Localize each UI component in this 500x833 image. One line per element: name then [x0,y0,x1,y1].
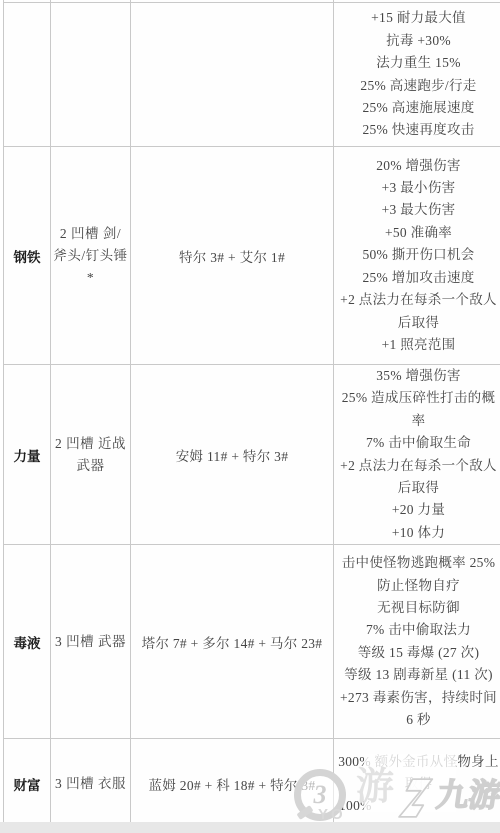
text-line: 斧头/钉头锤 [53,245,128,267]
text-line: 25% 增加攻击速度 [336,267,500,289]
text-line: * [53,267,128,289]
text-line: 7% 击中偷取生命 [336,432,500,454]
text-line: 法力重生 15% [336,52,500,74]
text-line: 抗毒 +30% [336,30,500,52]
runeword-guide-screenshot: +15 耐力最大值抗毒 +30%法力重生 15%25% 高速跑步/行走25% 高… [0,0,500,833]
runeword-table: +15 耐力最大值抗毒 +30%法力重生 15%25% 高速跑步/行走25% 高… [3,0,500,830]
jiuyou-logo: 九游 [393,776,500,825]
text-line: 25% 高速跑步/行走 [336,75,500,97]
text-line: 3 凹槽 衣服 [53,773,128,795]
text-line: 武器 [53,455,128,477]
runeword-name-cell: 财富 [4,739,51,830]
runeword-row: 力量 2 凹槽 近战武器 安姆 11# + 特尔 3# 35% 增强伤害25% … [4,365,500,545]
sockets-cell [51,3,131,147]
runeword-row: +15 耐力最大值抗毒 +30%法力重生 15%25% 高速跑步/行走25% 高… [4,3,500,147]
text-line: 3 凹槽 武器 [53,631,128,653]
runeword-name-cell: 钢铁 [4,147,51,365]
runeword-name-cell: 毒液 [4,545,51,739]
text-line: +3 最大伤害 [336,199,500,221]
text-line: 7% 击中偷取法力 [336,619,500,641]
runes-cell [131,3,334,147]
watermark-circle-number: 3 [314,782,327,808]
sockets-cell: 3 凹槽 衣服 [51,739,131,830]
runeword-row: 钢铁 2 凹槽 剑/斧头/钉头锤* 特尔 3# + 艾尔 1# 20% 增强伤害… [4,147,500,365]
text-line: 6 秒 [336,709,500,731]
jiuyou-g-icon [393,776,436,825]
text-line: 25% 造成压碎性打击的概率 [336,387,500,432]
runeword-row: 毒液 3 凹槽 武器 塔尔 7# + 多尔 14# + 马尔 23# 击中使怪物… [4,545,500,739]
text-line: +15 耐力最大值 [336,7,500,29]
runes-cell: 塔尔 7# + 多尔 14# + 马尔 23# [131,545,334,739]
text-line: +273 毒素伤害，持续时间 [336,687,500,709]
watermark-you-character: 游 [356,768,394,806]
text-line: 25% 快速再度攻击 [336,119,500,141]
text-line: 50% 撕开伤口机会 [336,244,500,266]
text-line: 2 凹槽 剑/ [53,223,128,245]
text-line: 25% 高速施展速度 [336,97,500,119]
text-line: 后取得 [336,312,500,334]
text-line: +2 点法力在每杀一个敌人 [336,289,500,311]
text-line: +10 体力 [336,522,500,544]
effects-cell: +15 耐力最大值抗毒 +30%法力重生 15%25% 高速跑步/行走25% 高… [334,3,500,147]
text-line: 后取得 [336,477,500,499]
jiuyou-wordmark: 九游 [434,776,500,814]
text-line: 2 凹槽 近战 [53,433,128,455]
text-line: 等级 13 剧毒新星 (11 次) [336,664,500,686]
text-line: +1 照亮范围 [336,334,500,356]
text-line: 防止怪物自疗 [336,575,500,597]
sockets-cell: 2 凹槽 剑/斧头/钉头锤* [51,147,131,365]
text-line: 20% 增强伤害 [336,155,500,177]
text-line: +2 点法力在每杀一个敌人 [336,455,500,477]
effects-cell: 击中使怪物逃跑概率 25%防止怪物自疗无视目标防御7% 击中偷取法力等级 15 … [334,545,500,739]
sockets-cell: 2 凹槽 近战武器 [51,365,131,545]
text-line: +3 最小伤害 [336,177,500,199]
text-line: 35% 增强伤害 [336,365,500,387]
runes-cell: 特尔 3# + 艾尔 1# [131,147,334,365]
sockets-cell: 3 凹槽 武器 [51,545,131,739]
runes-cell: 安姆 11# + 特尔 3# [131,365,334,545]
runeword-name-cell: 力量 [4,365,51,545]
text-line: +50 准确率 [336,222,500,244]
text-line: 等级 15 毒爆 (27 次) [336,642,500,664]
text-line: +20 力量 [336,499,500,521]
watermark-yo-text: YO [318,806,346,823]
effects-cell: 35% 增强伤害25% 造成压碎性打击的概率7% 击中偷取生命+2 点法力在每杀… [334,365,500,545]
effects-cell: 20% 增强伤害+3 最小伤害+3 最大伤害+50 准确率50% 撕开伤口机会2… [334,147,500,365]
text-line: 击中使怪物逃跑概率 25% [336,552,500,574]
text-line: 无视目标防御 [336,597,500,619]
runeword-name-cell [4,3,51,147]
